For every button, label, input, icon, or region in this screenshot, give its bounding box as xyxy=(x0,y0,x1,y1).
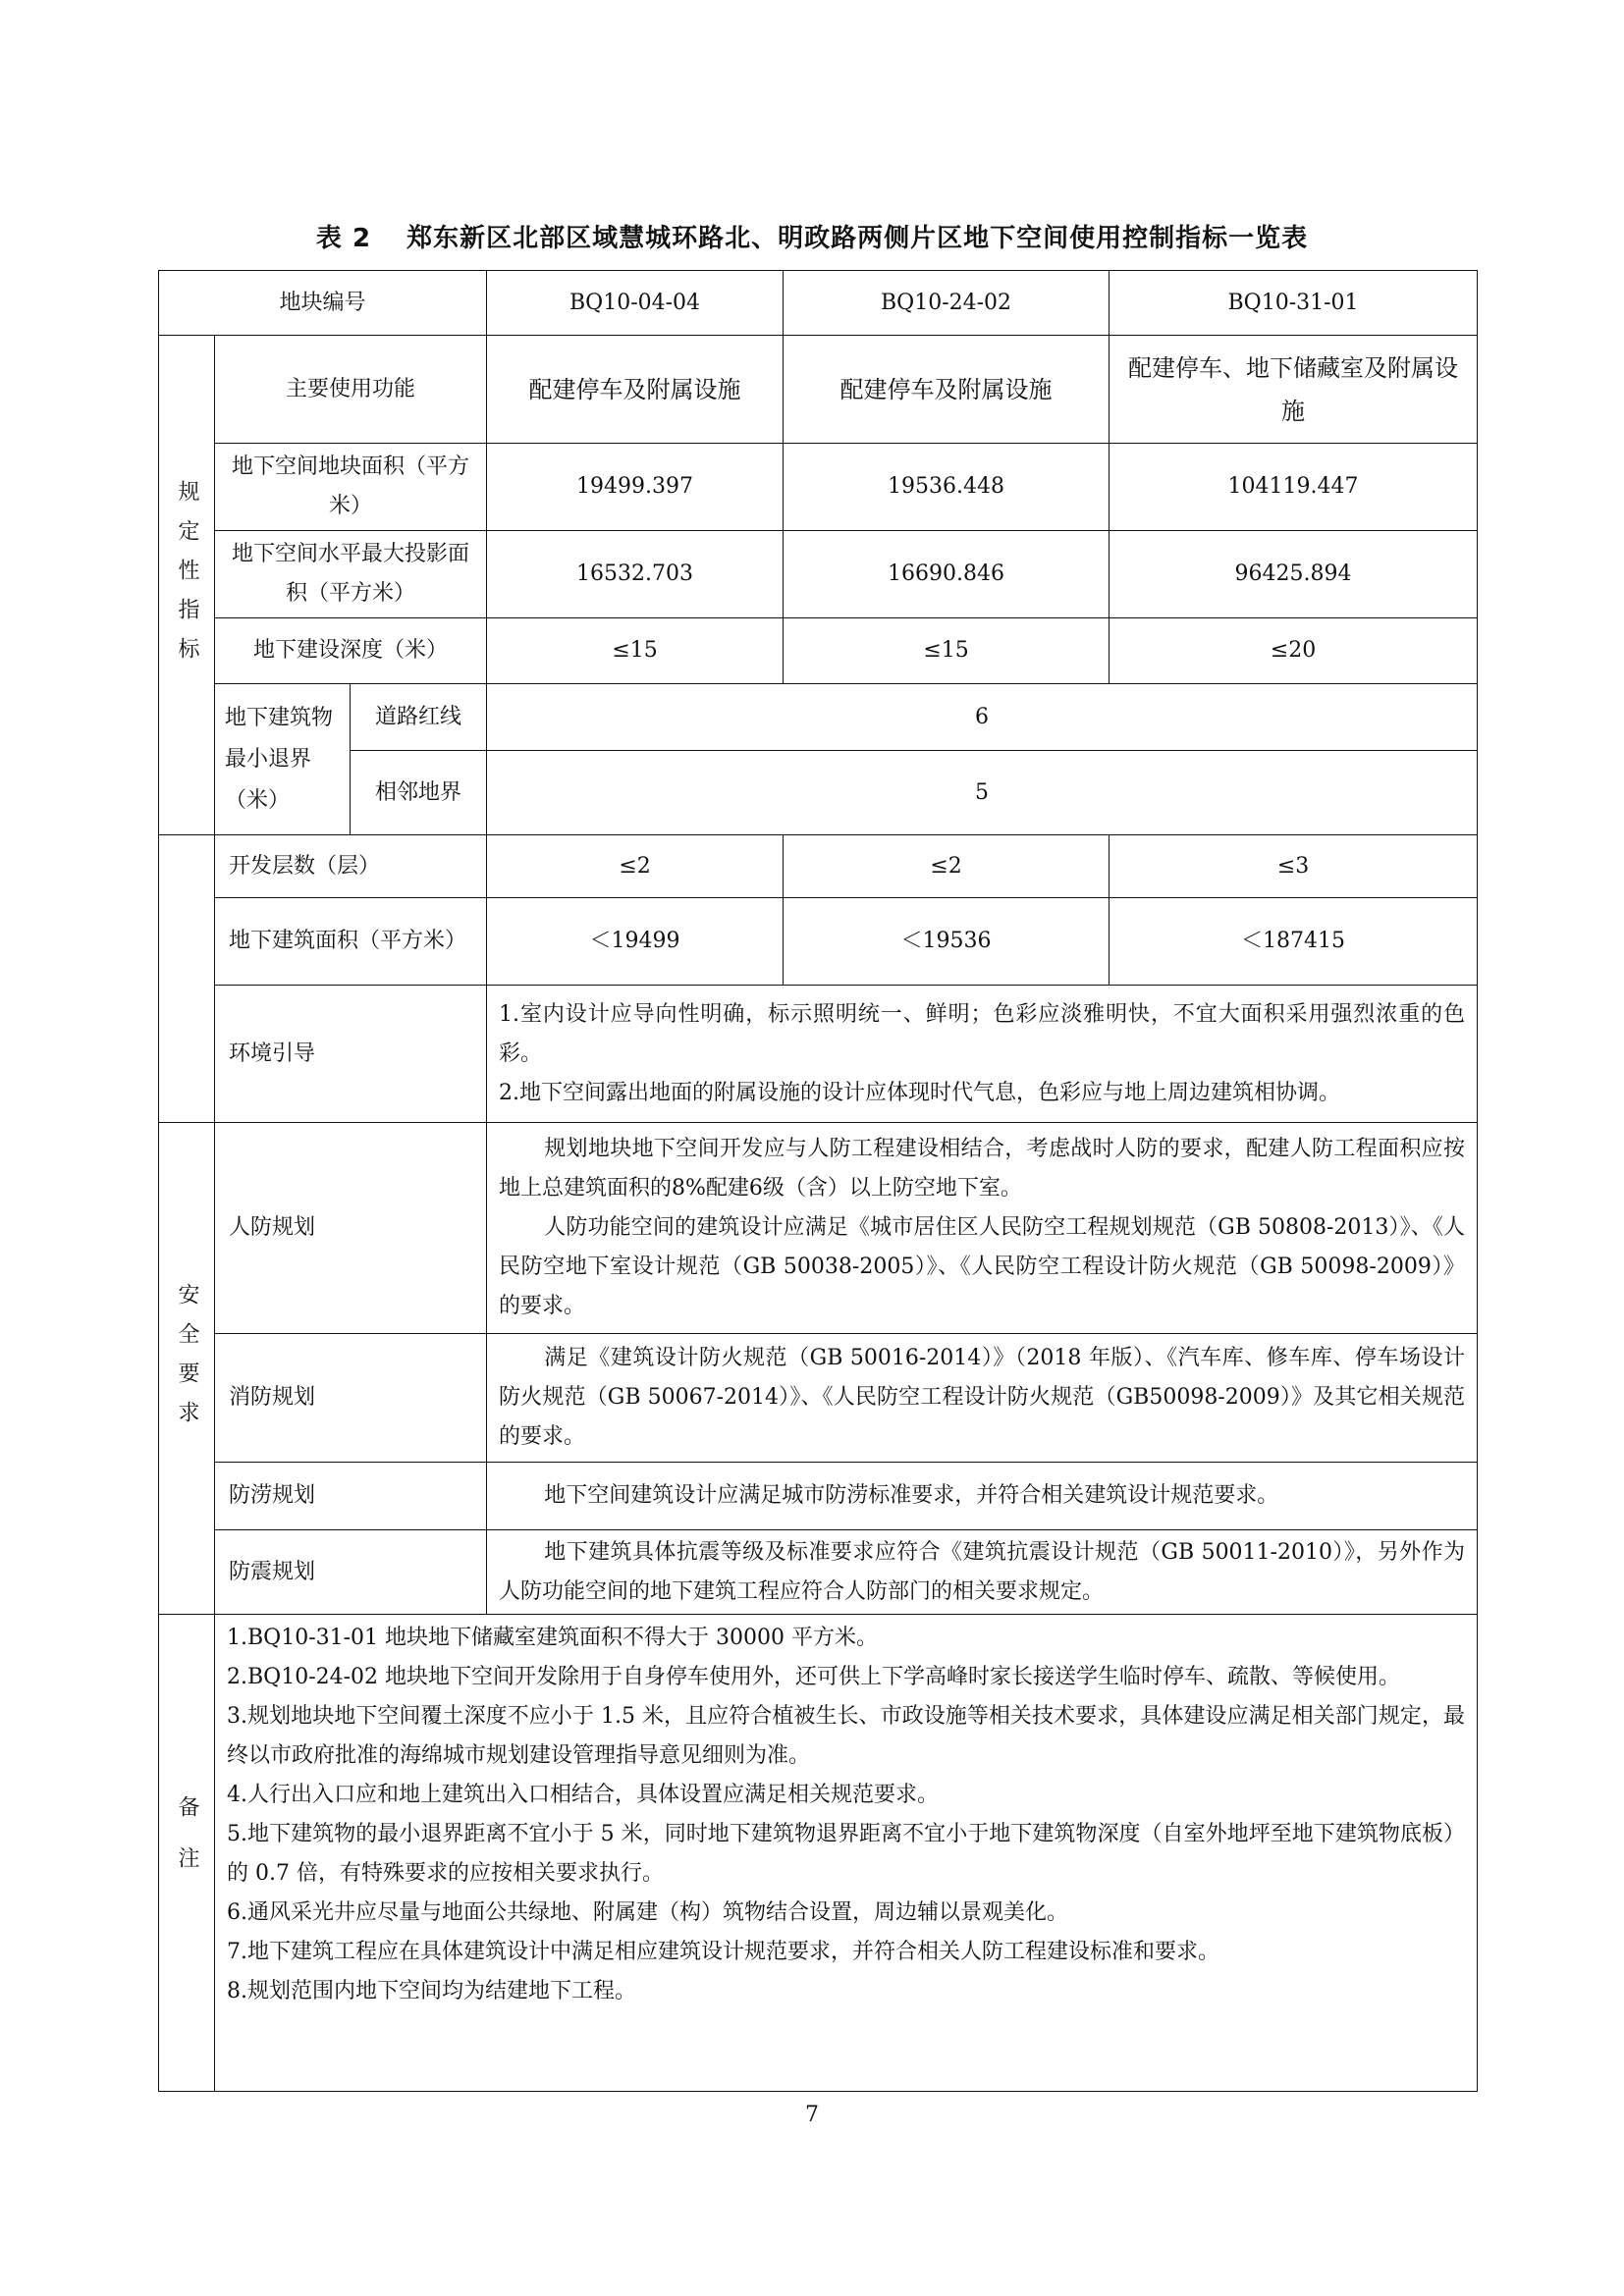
note-8: 8.规划范围内地下空间均为结建地下工程。 xyxy=(227,1972,1465,2011)
label-setback: 地下建筑物最小退界（米） xyxy=(215,684,351,835)
value-floors-1: ≤2 xyxy=(487,835,784,898)
table-number: 表 2 xyxy=(316,224,371,253)
note-1: 1.BQ10-31-01 地块地下储藏室建筑面积不得大于 30000 平方米。 xyxy=(227,1619,1465,1658)
row-setback-neighbor: 相邻地界 5 xyxy=(159,751,1478,835)
label-main-function: 主要使用功能 xyxy=(215,336,487,444)
value-function-2: 配建停车及附属设施 xyxy=(784,336,1110,444)
civil-defense-para-1: 规划地块地下空间开发应与人防工程建设相结合，考虑战时人防的要求，配建人防工程面积… xyxy=(499,1130,1465,1208)
plot-id-3: BQ10-31-01 xyxy=(1110,271,1478,336)
label-site-area: 地下空间地块面积（平方米） xyxy=(215,444,487,531)
civil-defense-para-2: 人防功能空间的建筑设计应满足《城市居住区人民防空工程规划规范（GB 50808-… xyxy=(499,1208,1465,1326)
row-flood: 防涝规划 地下空间建筑设计应满足城市防涝标准要求，并符合相关建筑设计规范要求。 xyxy=(159,1463,1478,1530)
label-fire: 消防规划 xyxy=(215,1334,487,1463)
label-max-projection: 地下空间水平最大投影面积（平方米） xyxy=(215,531,487,618)
label-environment: 环境引导 xyxy=(215,986,487,1123)
category-notes: 备注 xyxy=(159,1615,215,2092)
plot-id-2: BQ10-24-02 xyxy=(784,271,1110,336)
value-floor-area-3: ＜187415 xyxy=(1110,898,1478,986)
table-title-text: 郑东新区北部区域慧城环路北、明政路两侧片区地下空间使用控制指标一览表 xyxy=(406,224,1308,253)
value-floor-area-2: ＜19536 xyxy=(784,898,1110,986)
fire-para-1: 满足《建筑设计防火规范（GB 50016-2014）》（2018 年版）、《汽车… xyxy=(499,1339,1465,1457)
value-floor-area-1: ＜19499 xyxy=(487,898,784,986)
value-site-area-1: 19499.397 xyxy=(487,444,784,531)
label-civil-defense: 人防规划 xyxy=(215,1123,487,1334)
civil-defense-text: 规划地块地下空间开发应与人防工程建设相结合，考虑战时人防的要求，配建人防工程面积… xyxy=(487,1123,1478,1334)
note-6: 6.通风采光井应尽量与地面公共绿地、附属建（构）筑物结合设置，周边辅以景观美化。 xyxy=(227,1894,1465,1933)
category-mandatory: 规定性指标 xyxy=(159,336,215,835)
value-floors-3: ≤3 xyxy=(1110,835,1478,898)
label-depth: 地下建设深度（米） xyxy=(215,618,487,684)
value-function-1: 配建停车及附属设施 xyxy=(487,336,784,444)
note-7: 7.地下建筑工程应在具体建筑设计中满足相应建筑设计规范要求，并符合相关人防工程建… xyxy=(227,1933,1465,1972)
value-function-3: 配建停车、地下储藏室及附属设施 xyxy=(1110,336,1478,444)
flood-para-1: 地下空间建筑设计应满足城市防涝标准要求，并符合相关建筑设计规范要求。 xyxy=(499,1476,1465,1516)
value-depth-1: ≤15 xyxy=(487,618,784,684)
row-max-projection: 地下空间水平最大投影面积（平方米） 16532.703 16690.846 96… xyxy=(159,531,1478,618)
seismic-para-1: 地下建筑具体抗震等级及标准要求应符合《建筑抗震设计规范（GB 50011-201… xyxy=(499,1533,1465,1612)
value-site-area-2: 19536.448 xyxy=(784,444,1110,531)
note-4: 4.人行出入口应和地上建筑出入口相结合，具体设置应满足相关规范要求。 xyxy=(227,1776,1465,1815)
note-5: 5.地下建筑物的最小退界距离不宜小于 5 米，同时地下建筑物退界距离不宜小于地下… xyxy=(227,1815,1465,1894)
environment-line-2: 2.地下空间露出地面的附属设施的设计应体现时代气息，色彩应与地上周边建筑相协调。 xyxy=(499,1074,1465,1113)
control-indicator-table: 地块编号 BQ10-04-04 BQ10-24-02 BQ10-31-01 规定… xyxy=(158,270,1478,2092)
label-floors: 开发层数（层） xyxy=(215,835,487,898)
value-floors-2: ≤2 xyxy=(784,835,1110,898)
table-title: 表 2郑东新区北部区域慧城环路北、明政路两侧片区地下空间使用控制指标一览表 xyxy=(0,218,1624,254)
row-civil-defense: 安全要求 人防规划 规划地块地下空间开发应与人防工程建设相结合，考虑战时人防的要… xyxy=(159,1123,1478,1334)
label-neighbor-boundary: 相邻地界 xyxy=(351,751,487,835)
fire-text: 满足《建筑设计防火规范（GB 50016-2014）》（2018 年版）、《汽车… xyxy=(487,1334,1478,1463)
row-environment: 环境引导 1.室内设计应导向性明确，标示照明统一、鲜明；色彩应淡雅明快，不宜大面… xyxy=(159,986,1478,1123)
row-depth: 地下建设深度（米） ≤15 ≤15 ≤20 xyxy=(159,618,1478,684)
row-fire: 消防规划 满足《建筑设计防火规范（GB 50016-2014）》（2018 年版… xyxy=(159,1334,1478,1463)
value-site-area-3: 104119.447 xyxy=(1110,444,1478,531)
row-notes: 备注 1.BQ10-31-01 地块地下储藏室建筑面积不得大于 30000 平方… xyxy=(159,1615,1478,2092)
label-seismic: 防震规划 xyxy=(215,1530,487,1615)
value-projection-2: 16690.846 xyxy=(784,531,1110,618)
row-seismic: 防震规划 地下建筑具体抗震等级及标准要求应符合《建筑抗震设计规范（GB 5001… xyxy=(159,1530,1478,1615)
label-road-redline: 道路红线 xyxy=(351,684,487,751)
value-projection-3: 96425.894 xyxy=(1110,531,1478,618)
plot-id-1: BQ10-04-04 xyxy=(487,271,784,336)
note-2: 2.BQ10-24-02 地块地下空间开发除用于自身停车使用外，还可供上下学高峰… xyxy=(227,1658,1465,1697)
row-main-function: 规定性指标 主要使用功能 配建停车及附属设施 配建停车及附属设施 配建停车、地下… xyxy=(159,336,1478,444)
label-flood: 防涝规划 xyxy=(215,1463,487,1530)
environment-guidance-text: 1.室内设计应导向性明确，标示照明统一、鲜明；色彩应淡雅明快，不宜大面积采用强烈… xyxy=(487,986,1478,1123)
category-guidance xyxy=(159,835,215,1123)
category-safety: 安全要求 xyxy=(159,1123,215,1615)
value-road-setback: 6 xyxy=(487,684,1478,751)
label-floor-area: 地下建筑面积（平方米） xyxy=(215,898,487,986)
value-depth-3: ≤20 xyxy=(1110,618,1478,684)
value-depth-2: ≤15 xyxy=(784,618,1110,684)
page-number: 7 xyxy=(0,2103,1624,2127)
seismic-text: 地下建筑具体抗震等级及标准要求应符合《建筑抗震设计规范（GB 50011-201… xyxy=(487,1530,1478,1615)
environment-line-1: 1.室内设计应导向性明确，标示照明统一、鲜明；色彩应淡雅明快，不宜大面积采用强烈… xyxy=(499,995,1465,1074)
header-row: 地块编号 BQ10-04-04 BQ10-24-02 BQ10-31-01 xyxy=(159,271,1478,336)
row-setback-road: 地下建筑物最小退界（米） 道路红线 6 xyxy=(159,684,1478,751)
value-projection-1: 16532.703 xyxy=(487,531,784,618)
row-floor-area: 地下建筑面积（平方米） ＜19499 ＜19536 ＜187415 xyxy=(159,898,1478,986)
row-floors: 开发层数（层） ≤2 ≤2 ≤3 xyxy=(159,835,1478,898)
note-3: 3.规划地块地下空间覆土深度不应小于 1.5 米，且应符合植被生长、市政设施等相… xyxy=(227,1697,1465,1776)
value-neighbor-setback: 5 xyxy=(487,751,1478,835)
row-site-area: 地下空间地块面积（平方米） 19499.397 19536.448 104119… xyxy=(159,444,1478,531)
notes-text: 1.BQ10-31-01 地块地下储藏室建筑面积不得大于 30000 平方米。 … xyxy=(215,1615,1478,2092)
plot-number-label: 地块编号 xyxy=(159,271,487,336)
flood-text: 地下空间建筑设计应满足城市防涝标准要求，并符合相关建筑设计规范要求。 xyxy=(487,1463,1478,1530)
